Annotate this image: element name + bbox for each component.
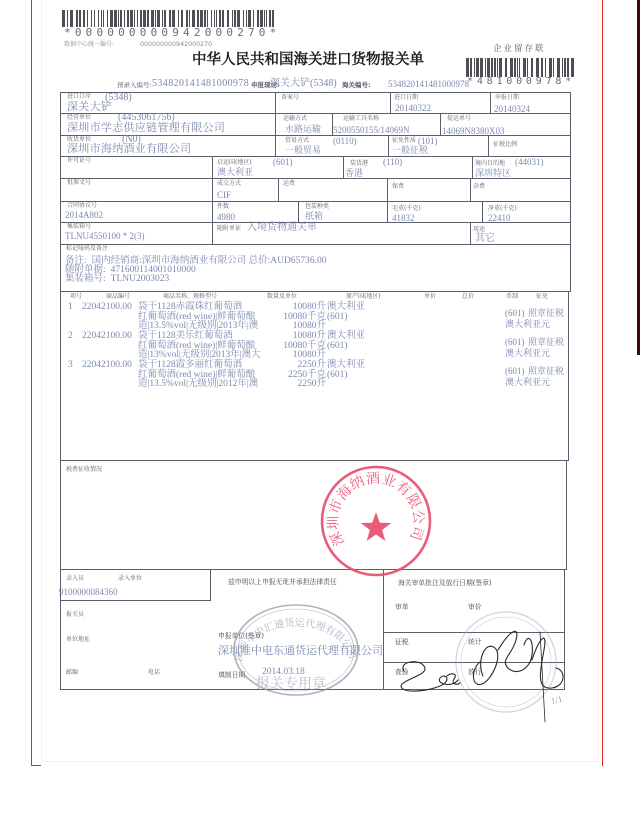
cell-tax-ratio: 征税比例	[488, 135, 571, 157]
item-origin: 澳大利亚 (601)	[327, 332, 365, 351]
review-release-label: 放行	[468, 669, 482, 676]
cell-insurance: 保费	[387, 178, 471, 202]
header-levy: 征免	[536, 294, 548, 300]
item-qty-line: 2250升	[231, 380, 326, 390]
cell-import-date: 进口日期 20140322	[390, 92, 491, 114]
item-origin-line: (601)	[327, 313, 365, 323]
item-code: 22042100.00	[82, 332, 132, 342]
destination-value: 深圳特区	[475, 169, 511, 178]
divider	[384, 662, 564, 663]
tax-ratio-label: 征税比例	[493, 142, 517, 148]
phone-label: 电话	[148, 670, 160, 676]
pre-entry-label: 预录入编号:	[117, 82, 152, 89]
operating-unit-value: 深圳市学志供应链管理有限公司	[67, 123, 225, 134]
tax-collection-label: 税费征收情况	[66, 467, 102, 473]
customs-declaration-page: *000000000942000270* 数据中心统一编号: 000000000…	[0, 0, 640, 831]
broker-label: 报关员	[66, 612, 84, 618]
item-currency-line: 澳大利亚元	[505, 348, 550, 359]
cell-trade-mode: 贸易方式 (0110) 一般贸易	[275, 135, 389, 157]
fill-date: 2014.03.18	[262, 668, 305, 678]
declare-date-label: 申报日期	[495, 95, 519, 101]
item-currency-line: 澳大利亚元	[505, 377, 550, 388]
trade-mode-value: 一般贸易	[285, 146, 321, 155]
cell-destination: 境内目的地 (44031) 深圳特区	[472, 156, 571, 179]
levy-nature-value: 一般征税	[392, 146, 428, 155]
contract-no-value: 2014A802	[65, 211, 103, 220]
declaring-unit: 深圳唯中电东通货运代理有限公司	[218, 646, 383, 657]
data-center-label: 数据中心统一编号:	[64, 42, 114, 48]
origin-country-value: 澳大利亚	[217, 168, 253, 177]
deal-mode-label: 成交方式	[217, 181, 241, 187]
marks-line-value: TLNU2003023	[111, 274, 170, 284]
cell-levy-nature: 征免性质 (101) 一般征税	[388, 135, 489, 157]
item-code: 22042100.00	[82, 361, 132, 371]
documents-value: 入境货物通关单	[247, 223, 317, 233]
review-statistics-label: 统计	[468, 639, 482, 646]
trade-mode-code: (0110)	[333, 137, 357, 146]
cell-transport-tool: 运输工具名称 5200550155/14069N	[332, 113, 441, 136]
freight-label: 运费	[283, 181, 295, 187]
item-levy: 照章征税	[528, 366, 564, 377]
transport-mode-value: 水路运输	[285, 125, 321, 134]
levy-nature-label: 征免性质	[392, 138, 416, 144]
item-row: 3 22042100.00 袋干1128霞多丽红葡萄酒 红葡萄酒(red win…	[61, 361, 568, 390]
cell-package-type: 包装种类 纸箱	[298, 201, 388, 223]
copy-label: 企业留存联	[493, 45, 546, 54]
trade-mode-label: 贸易方式	[285, 138, 309, 144]
item-origin: 澳大利亚 (601)	[327, 361, 365, 380]
right-barcode-text: *481000978*	[467, 77, 575, 87]
item-levy: 照章征税	[528, 337, 564, 348]
cell-packages: 件数 4980	[212, 201, 299, 223]
item-row: 1 22042100.00 袋干1128赤霞珠红葡萄酒 红葡萄酒(red win…	[61, 303, 568, 332]
cell-usage: 用途 其它	[470, 222, 571, 245]
cell-gross-weight: 毛重(千克) 41832	[387, 201, 483, 223]
header-origin-country: 原产国(地区)	[346, 294, 381, 300]
cell-operating-unit: 经营单位 (4453061756) 深圳市学志供应链管理有限公司	[60, 113, 276, 136]
customs-approval-box: 海关审单批注及放行日期(签章) 审单 审价 征税 统计 查验 放行	[383, 569, 565, 690]
item-origin-line: (601)	[327, 342, 365, 352]
loading-port-label: 装货港	[350, 161, 368, 167]
declaration-statement: 兹申明以上申报无讹并承担法律责任	[228, 579, 337, 586]
fill-date-label: 填制日期	[218, 672, 245, 679]
cell-origin-country: 启运国(地区) (601) 澳大利亚	[212, 156, 344, 179]
cell-freight: 运费	[278, 178, 388, 202]
cell-documents: 随附单证 入境货物通关单	[212, 222, 471, 245]
approval-no-label: 批准文号	[67, 180, 91, 186]
customs-number: 534820141481000978	[388, 80, 469, 89]
transport-tool-value: 5200550155/14069N	[333, 126, 410, 135]
entry-clerk-box	[60, 569, 211, 601]
goods-items-table: 项号 商品编号 商品名称、规格型号 数量及单位 原产国(地区) 单价 总价 币制…	[60, 291, 569, 461]
pre-entry-number: 534820141481000978	[152, 79, 249, 89]
bill-no-label: 提运单号	[447, 116, 471, 122]
postcode-label: 邮编	[66, 670, 78, 676]
cell-deal-mode: 成交方式 CIF	[212, 178, 279, 202]
cell-consignee: 收货单位 (N0) 深圳市海纳酒业有限公司	[60, 135, 276, 157]
header-unit-price: 单价	[424, 294, 436, 300]
origin-country-code: (601)	[273, 158, 293, 167]
packages-label: 件数	[217, 204, 229, 210]
header-item-no: 项号	[70, 294, 82, 300]
header-quantity-unit: 数量及单位	[267, 294, 297, 300]
marks-line-label: 集装箱号:	[65, 274, 106, 284]
import-port-label: 进口口岸	[67, 94, 91, 100]
documents-label: 随附单证	[217, 226, 241, 232]
declaring-unit-label: 申报单位(签章)	[218, 633, 264, 640]
data-center-number: 000000000942000270	[140, 42, 212, 48]
frame-bottom-stub	[31, 765, 41, 766]
item-quantity: 10080升 10080千克 10080升	[231, 303, 326, 332]
insurance-label: 保费	[392, 184, 404, 190]
item-quantity: 2250升 2250千克 2250升	[231, 361, 326, 390]
import-date-value: 20140322	[395, 104, 431, 113]
marks-line: 集装箱号:TLNU2003023	[65, 275, 327, 284]
review-tax-label: 征税	[395, 639, 409, 646]
frame-right-line	[602, 0, 603, 766]
cell-misc-fee: 杂费	[470, 178, 571, 202]
import-date-label: 进口日期	[394, 95, 418, 101]
frame-left-line	[31, 0, 32, 766]
import-port-value: 深关大铲	[67, 102, 112, 113]
cell-license-no: 许可证号	[60, 156, 213, 179]
cell-net-weight: 净重(千克) 22410	[482, 201, 571, 223]
cell-import-port: 进口口岸 (5348) 深关大铲	[60, 92, 276, 114]
top-barcode-text: *000000000942000270*	[64, 27, 280, 38]
cell-marks-remarks: 标记唛码及备注 备注:国内经销商:深圳市海纳酒业有限公司 总价:AUD65736…	[60, 244, 571, 292]
item-origin: 澳大利亚 (601)	[327, 303, 365, 322]
container-no-label: 集装箱号	[67, 224, 91, 230]
cell-container-no: 集装箱号 TLNU4550100 * 2(3)	[60, 222, 213, 245]
misc-fee-label: 杂费	[473, 184, 485, 190]
item-no: 2	[68, 332, 73, 342]
top-barcode	[62, 10, 277, 27]
marks-label: 标记唛码及备注	[66, 246, 108, 252]
customs-number-label: 海关编号:	[342, 82, 371, 89]
contract-no-label: 合同协议号	[67, 203, 97, 209]
right-barcode	[466, 58, 576, 77]
divider	[384, 632, 564, 633]
cell-loading-port: 装货港 (110) 香港	[343, 156, 473, 179]
tax-collection-section: 税费征收情况	[60, 460, 567, 570]
item-origin-line: (601)	[327, 371, 365, 381]
item-code: 22042100.00	[82, 303, 132, 313]
transport-tool-label: 运输工具名称	[343, 116, 379, 122]
loading-port-code: (110)	[383, 158, 402, 167]
cell-declare-date: 申报日期 20140324	[490, 92, 571, 114]
loading-port-value: 香港	[345, 169, 363, 178]
gross-weight-label: 毛重(千克)	[392, 206, 421, 212]
marks-lines: 备注:国内经销商:深圳市海纳酒业有限公司 总价:AUD65736.00 随附单据…	[65, 257, 327, 283]
review-inspection-label: 查验	[395, 669, 409, 676]
transport-mode-label: 运输方式	[283, 116, 307, 122]
item-levy: 照章征税	[528, 308, 564, 319]
customs-approval-label: 海关审单批注及放行日期(签章)	[398, 580, 492, 587]
package-type-label: 包装种类	[305, 204, 329, 210]
record-no-label: 备案号	[281, 95, 299, 101]
item-no: 1	[68, 303, 73, 313]
header-currency: 币制	[506, 294, 518, 300]
unit-address-label: 单位地址	[66, 637, 90, 643]
item-no: 3	[68, 361, 73, 371]
review-audit-label: 审单	[395, 604, 409, 611]
header-commodity-code: 商品编号	[106, 294, 130, 300]
cell-approval-no: 批准文号	[60, 178, 213, 202]
item-currency-line: 澳大利亚元	[505, 319, 550, 330]
operating-unit-label: 经营单位	[67, 115, 91, 121]
cell-bill-no: 提运单号 14069N8380X03	[440, 113, 571, 136]
cell-transport-mode: 运输方式 水路运输	[275, 113, 333, 136]
declare-site: 深关大铲(5348)	[270, 79, 337, 89]
header-total-price: 总价	[462, 294, 474, 300]
deal-mode-value: CIF	[217, 191, 231, 200]
page-title: 中华人民共和国海关进口货物报关单	[192, 53, 424, 68]
item-row: 2 22042100.00 袋干1128美乐红葡萄酒 红葡萄酒(red wine…	[61, 332, 568, 361]
origin-country-label: 启运国(地区)	[217, 160, 252, 166]
usage-value: 其它	[475, 234, 495, 244]
item-quantity: 10080升 10080千克 10080升	[231, 332, 326, 361]
cell-contract-no: 合同协议号 2014A802	[60, 201, 213, 223]
package-type-value: 纸箱	[305, 212, 323, 221]
consignee-value: 深圳市海纳酒业有限公司	[67, 144, 191, 155]
destination-label: 境内目的地	[475, 161, 505, 167]
container-no-value: TLNU4550100 * 2(3)	[65, 232, 145, 241]
net-weight-label: 净重(千克)	[488, 206, 517, 212]
review-price-label: 审价	[468, 604, 482, 611]
packages-value: 4980	[217, 213, 235, 222]
license-no-label: 许可证号	[67, 158, 91, 164]
cell-record-no: 备案号	[275, 92, 391, 114]
header-name-spec: 商品名称、规格型号	[163, 294, 217, 300]
destination-code: (44031)	[515, 158, 544, 167]
